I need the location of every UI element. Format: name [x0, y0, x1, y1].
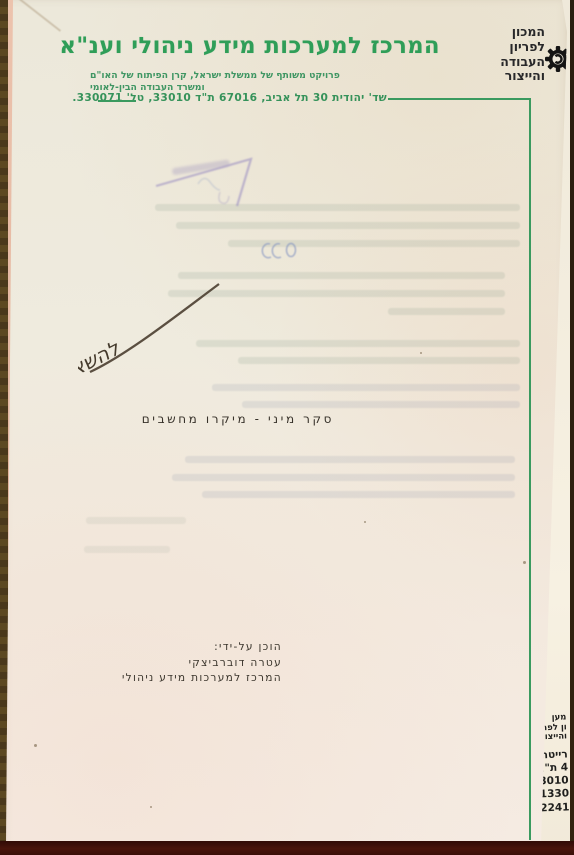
organization-title: המרכז למערכות מידע ניהולי וענ"א — [60, 33, 441, 59]
bleed-through-line — [172, 474, 515, 481]
faded-handwriting-mark — [258, 238, 298, 264]
paper-speck — [150, 806, 152, 808]
paper-crease — [19, 0, 61, 32]
bleed-through-line — [84, 546, 170, 553]
prepared-by-org: המרכז למערכות מידע ניהולי — [122, 671, 282, 687]
bleed-through-line — [212, 384, 520, 391]
document-title: סקר מיני - מיקרו מחשבים — [142, 412, 334, 426]
prepared-by-name: עטרה דוברביצקי — [122, 656, 282, 672]
prepared-by-label: הוכן על-ידי: — [122, 640, 282, 656]
institute-line: המכון — [500, 25, 545, 40]
table-edge-below-page — [0, 841, 574, 855]
prepared-by-block: הוכן על-ידי: עטרה דוברביצקי המרכז למערכו… — [122, 640, 282, 687]
organization-address: שד' יהודית 30 תל אביב, 67016 ת"ד 33010, … — [137, 92, 387, 104]
institute-name-block: המכון לפריון העבודה והייצור — [500, 25, 545, 84]
paper-speck — [523, 561, 526, 564]
faded-stamp — [150, 150, 270, 225]
paper-speck — [420, 352, 422, 354]
letter-page: המכון לפריון העבודה והייצור המרכז למערכו… — [0, 0, 574, 849]
paper-speck — [364, 521, 366, 523]
bleed-through-line — [388, 308, 505, 315]
paper-speck — [34, 744, 37, 747]
handwritten-annotation: להשאיר — [78, 272, 228, 380]
institute-line: והייצור — [500, 69, 545, 84]
institute-line: לפריון — [500, 40, 545, 55]
bleed-through-line — [185, 456, 515, 463]
address-rule — [98, 100, 136, 102]
frame-right-rule — [529, 98, 531, 840]
organization-subtitle: פרויקט משותף של ממשלת ישראל, קרן הפיתוח … — [90, 70, 360, 93]
frame-top-rule — [388, 98, 531, 100]
institute-line: העבודה — [500, 55, 545, 70]
bleed-through-line — [86, 517, 186, 524]
bleed-through-line — [196, 340, 520, 347]
bleed-through-line — [238, 357, 520, 364]
bleed-through-line — [242, 401, 520, 408]
bleed-through-line — [202, 491, 515, 498]
scanned-document: מען ון לפריון והייצור רייטה 4 ת"א 33010 … — [0, 0, 574, 855]
handwritten-note-text: להשאיר — [78, 336, 124, 380]
subtitle-line: פרויקט משותף של ממשלת ישראל, קרן הפיתוח … — [90, 70, 360, 82]
